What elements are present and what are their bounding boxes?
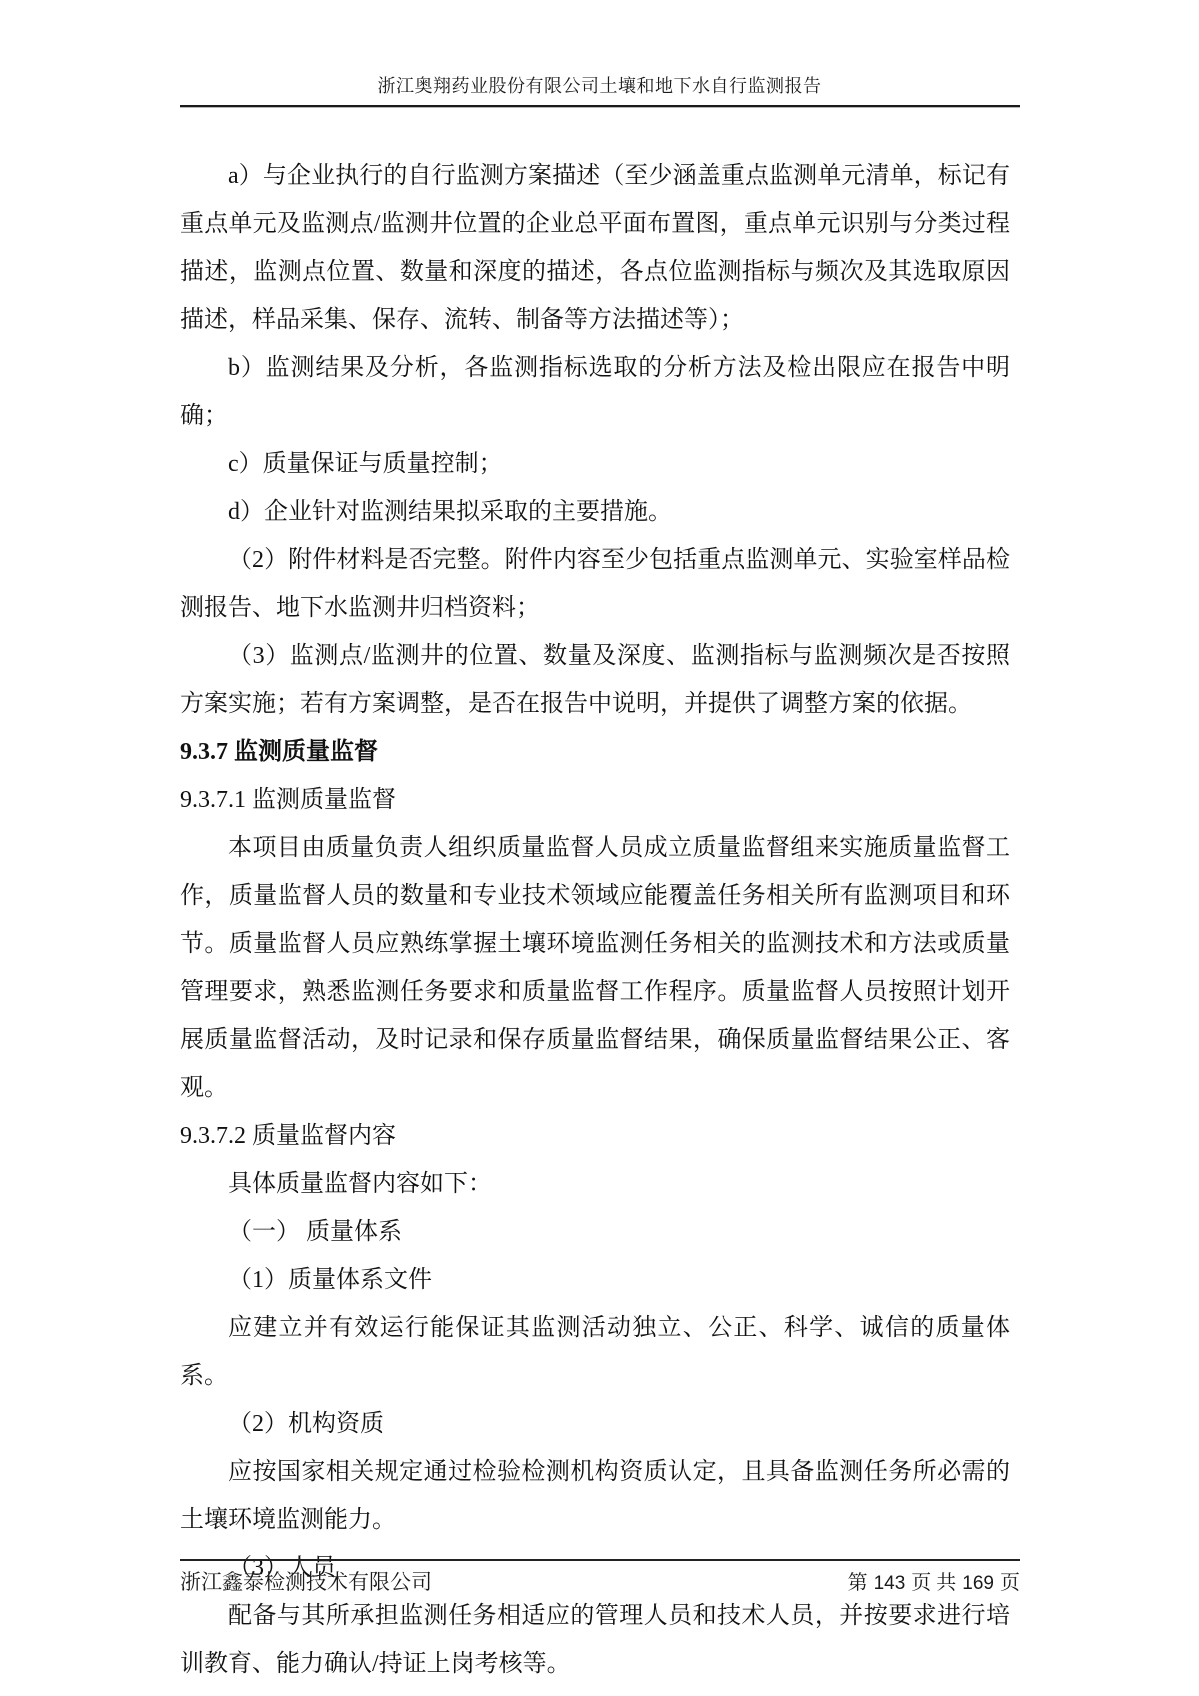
subsection-heading-9-3-7-2: 9.3.7.2 质量监督内容 — [180, 1112, 1010, 1160]
paragraph-item-c: c）质量保证与质量控制； — [180, 440, 1010, 488]
paragraph-quality-supervision: 本项目由质量负责人组织质量监督人员成立质量监督组来实施质量监督工作，质量监督人员… — [180, 824, 1010, 1112]
current-page-number: 143 — [874, 1573, 906, 1594]
page-label-middle: 页 共 — [911, 1572, 956, 1594]
paragraph-item-b: b）监测结果及分析，各监测指标选取的分析方法及检出限应在报告中明确； — [180, 344, 1010, 440]
subsection-heading-9-3-7-1: 9.3.7.1 监测质量监督 — [180, 776, 1010, 824]
header-title: 浙江奥翔药业股份有限公司土壤和地下水自行监测报告 — [0, 72, 1199, 98]
header-rule — [180, 105, 1020, 108]
footer-page-number: 第143页 共169页 — [848, 1566, 1020, 1595]
document-page: 浙江奥翔药业股份有限公司土壤和地下水自行监测报告 a）与企业执行的自行监测方案描… — [0, 0, 1199, 1696]
paragraph-quality-system-heading: （一） 质量体系 — [180, 1208, 1010, 1256]
footer-company-name: 浙江鑫泰检测技术有限公司 — [180, 1566, 432, 1596]
page-label-suffix: 页 — [1000, 1572, 1020, 1594]
paragraph-attachment-check: （2）附件材料是否完整。附件内容至少包括重点监测单元、实验室样品检测报告、地下水… — [180, 536, 1010, 632]
paragraph-quality-system-doc: 应建立并有效运行能保证其监测活动独立、公正、科学、诚信的质量体系。 — [180, 1304, 1010, 1400]
section-heading-9-3-7: 9.3.7 监测质量监督 — [180, 728, 1010, 776]
paragraph-supervision-intro: 具体质量监督内容如下： — [180, 1160, 1010, 1208]
paragraph-quality-system-doc-heading: （1）质量体系文件 — [180, 1256, 1010, 1304]
page-footer: 浙江鑫泰检测技术有限公司 第143页 共169页 — [180, 1566, 1020, 1596]
paragraph-agency-qualification-heading: （2）机构资质 — [180, 1400, 1010, 1448]
footer-rule — [180, 1559, 1020, 1561]
paragraph-item-d: d）企业针对监测结果拟采取的主要措施。 — [180, 488, 1010, 536]
total-page-number: 169 — [962, 1573, 994, 1594]
paragraph-item-a: a）与企业执行的自行监测方案描述（至少涵盖重点监测单元清单，标记有重点单元及监测… — [180, 152, 1010, 344]
document-body: a）与企业执行的自行监测方案描述（至少涵盖重点监测单元清单，标记有重点单元及监测… — [180, 152, 1010, 1688]
paragraph-agency-qualification: 应按国家相关规定通过检验检测机构资质认定，且具备监测任务所必需的土壤环境监测能力… — [180, 1448, 1010, 1544]
paragraph-personnel: 配备与其所承担监测任务相适应的管理人员和技术人员，并按要求进行培训教育、能力确认… — [180, 1592, 1010, 1688]
page-label-prefix: 第 — [848, 1572, 868, 1594]
paragraph-plan-implementation: （3）监测点/监测井的位置、数量及深度、监测指标与监测频次是否按照方案实施；若有… — [180, 632, 1010, 728]
